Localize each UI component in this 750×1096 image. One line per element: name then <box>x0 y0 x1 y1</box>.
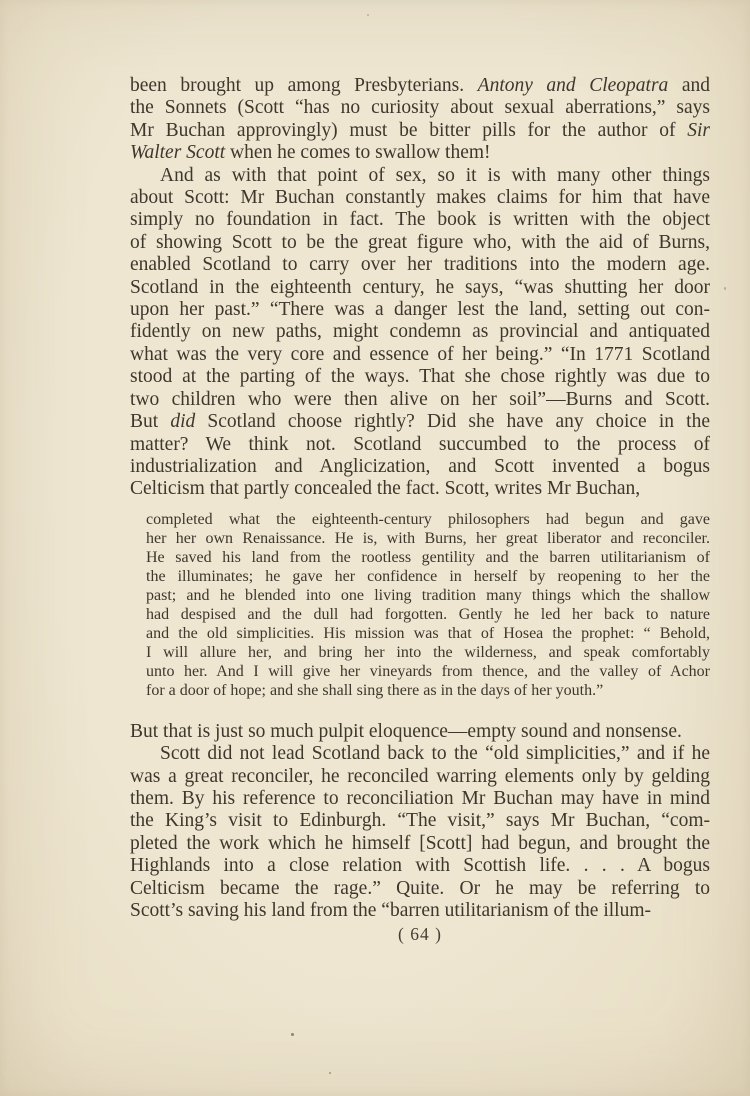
text-line: had despised and the dull had forgotten.… <box>146 605 710 624</box>
book-page: been brought up among Presbyterians. Ant… <box>0 0 750 1096</box>
text-line: stood at the parting of the ways. That s… <box>130 366 710 388</box>
text-line: Mr Buchan approvingly) must be bitter pi… <box>130 120 710 142</box>
text-line: And as with that point of sex, so it is … <box>130 165 710 187</box>
paragraph-1: been brought up among Presbyterians. Ant… <box>130 75 710 165</box>
text-line: simply no foundation in fact. The book i… <box>130 209 710 231</box>
paragraph-3: completed what the eighteenth-century ph… <box>146 510 710 700</box>
text-line: But did Scotland choose rightly? Did she… <box>130 411 710 433</box>
paragraph-2: And as with that point of sex, so it is … <box>130 165 710 501</box>
text-line: and the old simplicities. His mission wa… <box>146 624 710 643</box>
text-line: was a great reconciler, he reconciled wa… <box>130 766 710 788</box>
text-line: completed what the eighteenth-century ph… <box>146 510 710 529</box>
text-line: her her own Renaissance. He is, with Bur… <box>146 529 710 548</box>
text-line: for a door of hope; and she shall sing t… <box>146 681 710 700</box>
text-line: Scott’s saving his land from the “barren… <box>130 900 710 922</box>
text-line: He saved his land from the rootless gent… <box>146 548 710 567</box>
paper-speck <box>329 1072 331 1074</box>
text-line: Celticism became the rage.” Quite. Or he… <box>130 878 710 900</box>
text-line: industrialization and Anglicization, and… <box>130 456 710 478</box>
text-line: been brought up among Presbyterians. Ant… <box>130 75 710 97</box>
paper-speck <box>367 14 369 16</box>
text-line: Scott did not lead Scotland back to the … <box>130 743 710 765</box>
page-number-text: ( 64 ) <box>398 924 442 944</box>
page-number: ( 64 ) <box>130 924 710 945</box>
text-line: of showing Scott to be the great figure … <box>130 232 710 254</box>
paper-speck <box>724 287 726 290</box>
text-line: the King’s visit to Edinburgh. “The visi… <box>130 810 710 832</box>
text-line: two children who were then alive on her … <box>130 389 710 411</box>
paragraph-5: Scott did not lead Scotland back to the … <box>130 743 710 922</box>
text-line: Highlands into a close relation with Sco… <box>130 855 710 877</box>
text-line: pleted the work which he himself [Scott]… <box>130 833 710 855</box>
text-block: been brought up among Presbyterians. Ant… <box>130 75 710 922</box>
text-line: them. By his reference to reconciliation… <box>130 788 710 810</box>
text-line: about Scott: Mr Buchan constantly makes … <box>130 187 710 209</box>
text-line: fidently on new paths, might condemn as … <box>130 321 710 343</box>
text-line: enabled Scotland to carry over her tradi… <box>130 254 710 276</box>
text-line: past; and he blended into one living tra… <box>146 586 710 605</box>
text-line: matter? We think not. Scotland succumbed… <box>130 434 710 456</box>
text-line: what was the very core and essence of he… <box>130 344 710 366</box>
text-line: the Sonnets (Scott “has no curiosity abo… <box>130 97 710 119</box>
text-line: But that is just so much pulpit eloquenc… <box>130 721 710 743</box>
text-line: unto her. And I will give her vineyards … <box>146 662 710 681</box>
text-line: upon her past.” “There was a danger lest… <box>130 299 710 321</box>
paper-speck <box>291 1033 294 1036</box>
paragraph-4: But that is just so much pulpit eloquenc… <box>130 721 710 743</box>
text-line: the illuminates; he gave her confidence … <box>146 567 710 586</box>
text-line: I will allure her, and bring her into th… <box>146 643 710 662</box>
text-line: Celticism that partly concealed the fact… <box>130 478 710 500</box>
text-line: Walter Scott when he comes to swallow th… <box>130 142 710 164</box>
text-line: Scotland in the eighteenth century, he s… <box>130 277 710 299</box>
